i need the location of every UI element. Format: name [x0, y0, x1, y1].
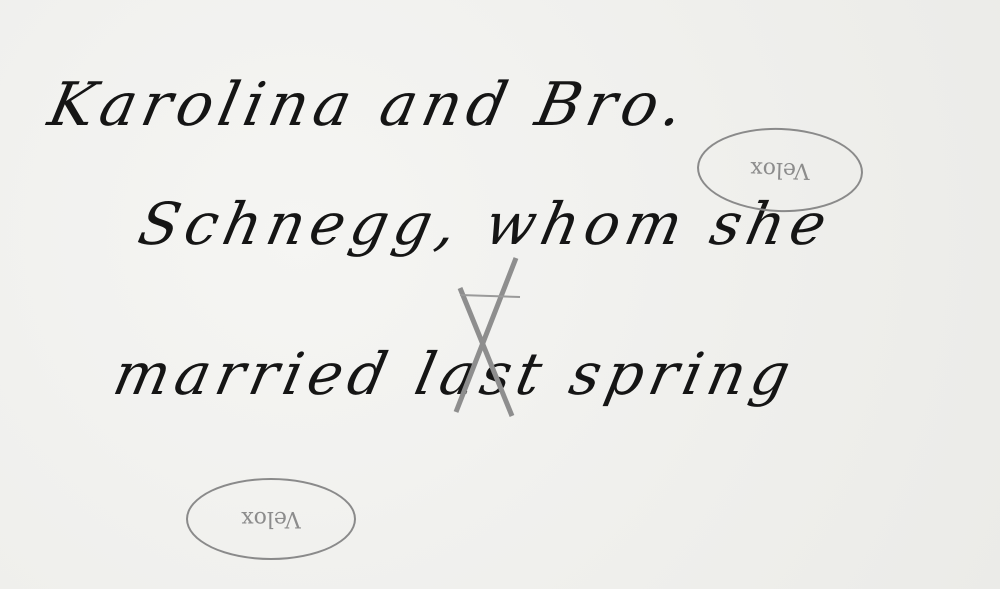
stamp-text: Velox	[750, 156, 810, 183]
pencil-x-mark-icon	[0, 0, 1000, 589]
stamp-text: Velox	[241, 507, 301, 532]
velox-stamp: Velox	[186, 478, 356, 560]
